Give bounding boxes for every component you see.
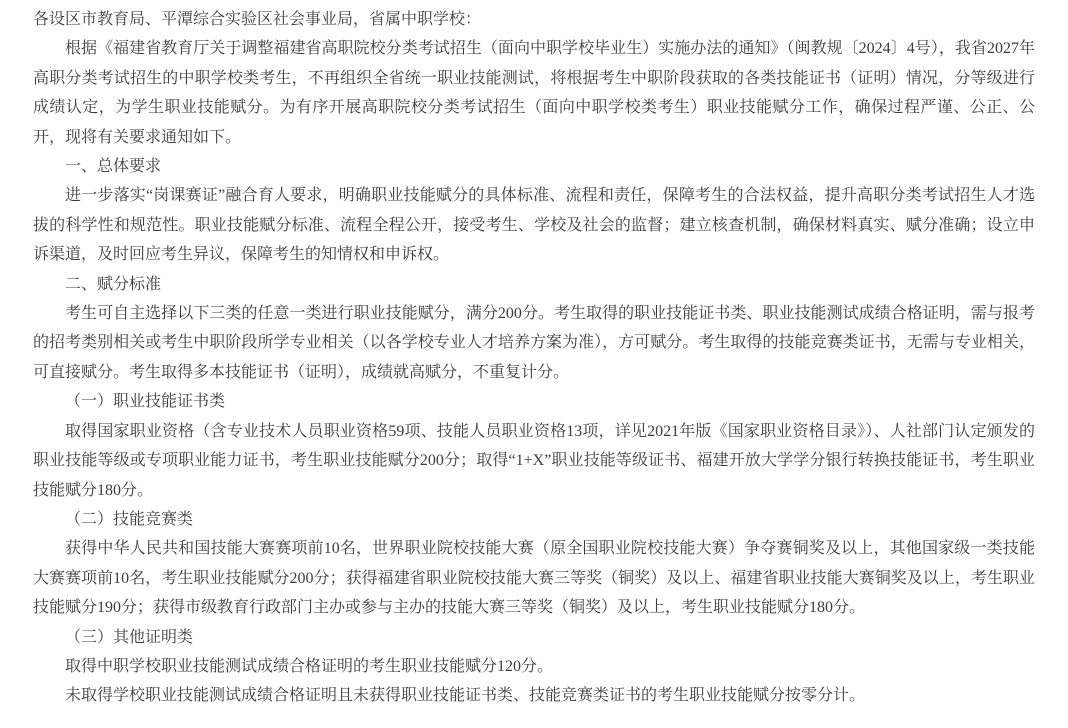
paragraph-salutation: 各设区市教育局、平潭综合实验区社会事业局，省属中职学校：: [33, 5, 1035, 34]
heading-section-1: 一、总体要求: [33, 152, 1035, 181]
paragraph-competition-category: 获得中华人民共和国技能大赛赛项前10名，世界职业院校技能大赛（原全国职业院校技能…: [33, 534, 1035, 622]
notice-document: 各设区市教育局、平潭综合实验区社会事业局，省属中职学校： 根据《福建省教育厅关于…: [0, 0, 1068, 728]
paragraph-intro: 根据《福建省教育厅关于调整福建省高职院校分类考试招生（面向中职学校毕业生）实施办…: [33, 34, 1035, 152]
heading-category-2-competitions: （二）技能竞赛类: [33, 505, 1035, 534]
heading-category-1-certificates: （一）职业技能证书类: [33, 387, 1035, 416]
heading-section-2: 二、赋分标准: [33, 270, 1035, 299]
heading-category-3-other-proof: （三）其他证明类: [33, 623, 1035, 652]
paragraph-scoring-overview: 考生可自主选择以下三类的任意一类进行职业技能赋分，满分200分。考生取得的职业技…: [33, 299, 1035, 387]
paragraph-test-proof-score: 取得中职学校职业技能测试成绩合格证明的考生职业技能赋分120分。: [33, 652, 1035, 681]
paragraph-general-requirements: 进一步落实“岗课赛证”融合育人要求，明确职业技能赋分的具体标准、流程和责任，保障…: [33, 181, 1035, 269]
paragraph-certificate-category: 取得国家职业资格（含专业技术人员职业资格59项、技能人员职业资格13项，详见20…: [33, 417, 1035, 505]
paragraph-zero-score-rule: 未取得学校职业技能测试成绩合格证明且未获得职业技能证书类、技能竞赛类证书的考生职…: [33, 681, 1035, 710]
